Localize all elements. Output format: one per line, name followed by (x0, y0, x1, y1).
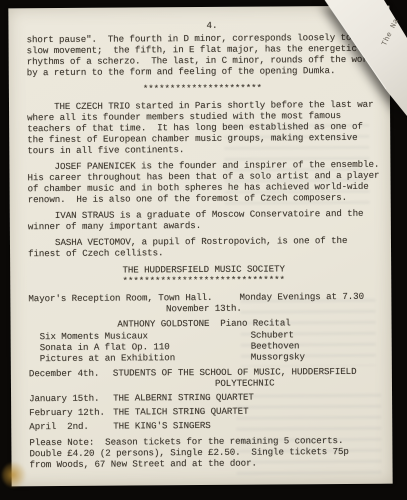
photo-background: 4. short pause". The fourth in D minor, … (0, 0, 407, 500)
composer-name: Beethoven (251, 340, 300, 351)
composer-name: Mussorgsky (251, 351, 305, 362)
document-page: 4. short pause". The fourth in D minor, … (8, 6, 392, 487)
programme-row: Pictures at an Exhibition Mussorgsky (29, 351, 380, 364)
concert-list: December 4th. STUDENTS OF THE SCHOOL OF … (29, 366, 380, 432)
concert-row: January 15th. THE ALBERNI STRING QUARTET (29, 391, 380, 404)
text-line: by a return to the form and feeling of t… (27, 65, 378, 78)
concert-artist: THE TALICH STRING QUARTET (113, 406, 248, 418)
text-line: finest of Czech cellists. (28, 246, 379, 259)
asterisk-underline: ****************************** (28, 274, 379, 287)
society-heading: THE HUDDERSFIELD MUSIC SOCIETY *********… (28, 263, 379, 287)
text-line: tours in all five continents. (27, 143, 378, 156)
straus-paragraph: IVAN STRAUS is a graduate of Moscow Cons… (28, 208, 379, 232)
text-line: from Woods, 67 New Street and at the doo… (29, 457, 380, 470)
programme-list: Six Moments Musicaux Schubert Sonata in … (29, 329, 380, 364)
concert-date: December 4th. (29, 368, 113, 380)
page-number: 4. (36, 19, 387, 32)
vectomov-paragraph: SASHA VECTOMOV, a pupil of Rostropovich,… (28, 235, 379, 259)
czech-trio-paragraph: THE CZECH TRIO started in Paris shortly … (27, 99, 378, 156)
work-title: Pictures at an Exhibition (29, 351, 380, 364)
asterisk-separator: ********************** (27, 82, 378, 95)
concert-artist: THE KING'S SINGERS (113, 420, 211, 432)
concert-date: April 2nd. (29, 421, 113, 433)
intro-paragraph: short pause". The fourth in D minor, cor… (27, 32, 378, 78)
concert-row: February 12th. THE TALICH STRING QUARTET (29, 405, 380, 418)
text-line: renown. He is also one of the foremost o… (28, 192, 379, 205)
concert-artist: THE ALBERNI STRING QUARTET (113, 392, 254, 404)
concert-artist: STUDENTS OF THE SCHOOL OF MUSIC, HUDDERS… (113, 366, 357, 379)
concert-row: April 2nd. THE KING'S SINGERS (29, 419, 380, 432)
venue-block: Mayor's Reception Room, Town Hall. Monda… (28, 291, 379, 315)
concert-date: January 15th. (29, 393, 113, 405)
text-line: winner of many important awards. (28, 219, 379, 232)
concert-date: February 12th. (29, 407, 113, 419)
ticket-note: Please Note: Season tickets for the rema… (29, 435, 380, 470)
composer-name: Schubert (251, 329, 294, 340)
panenicek-paragraph: JOSEF PANENICEK is the founder and inspi… (27, 159, 378, 205)
